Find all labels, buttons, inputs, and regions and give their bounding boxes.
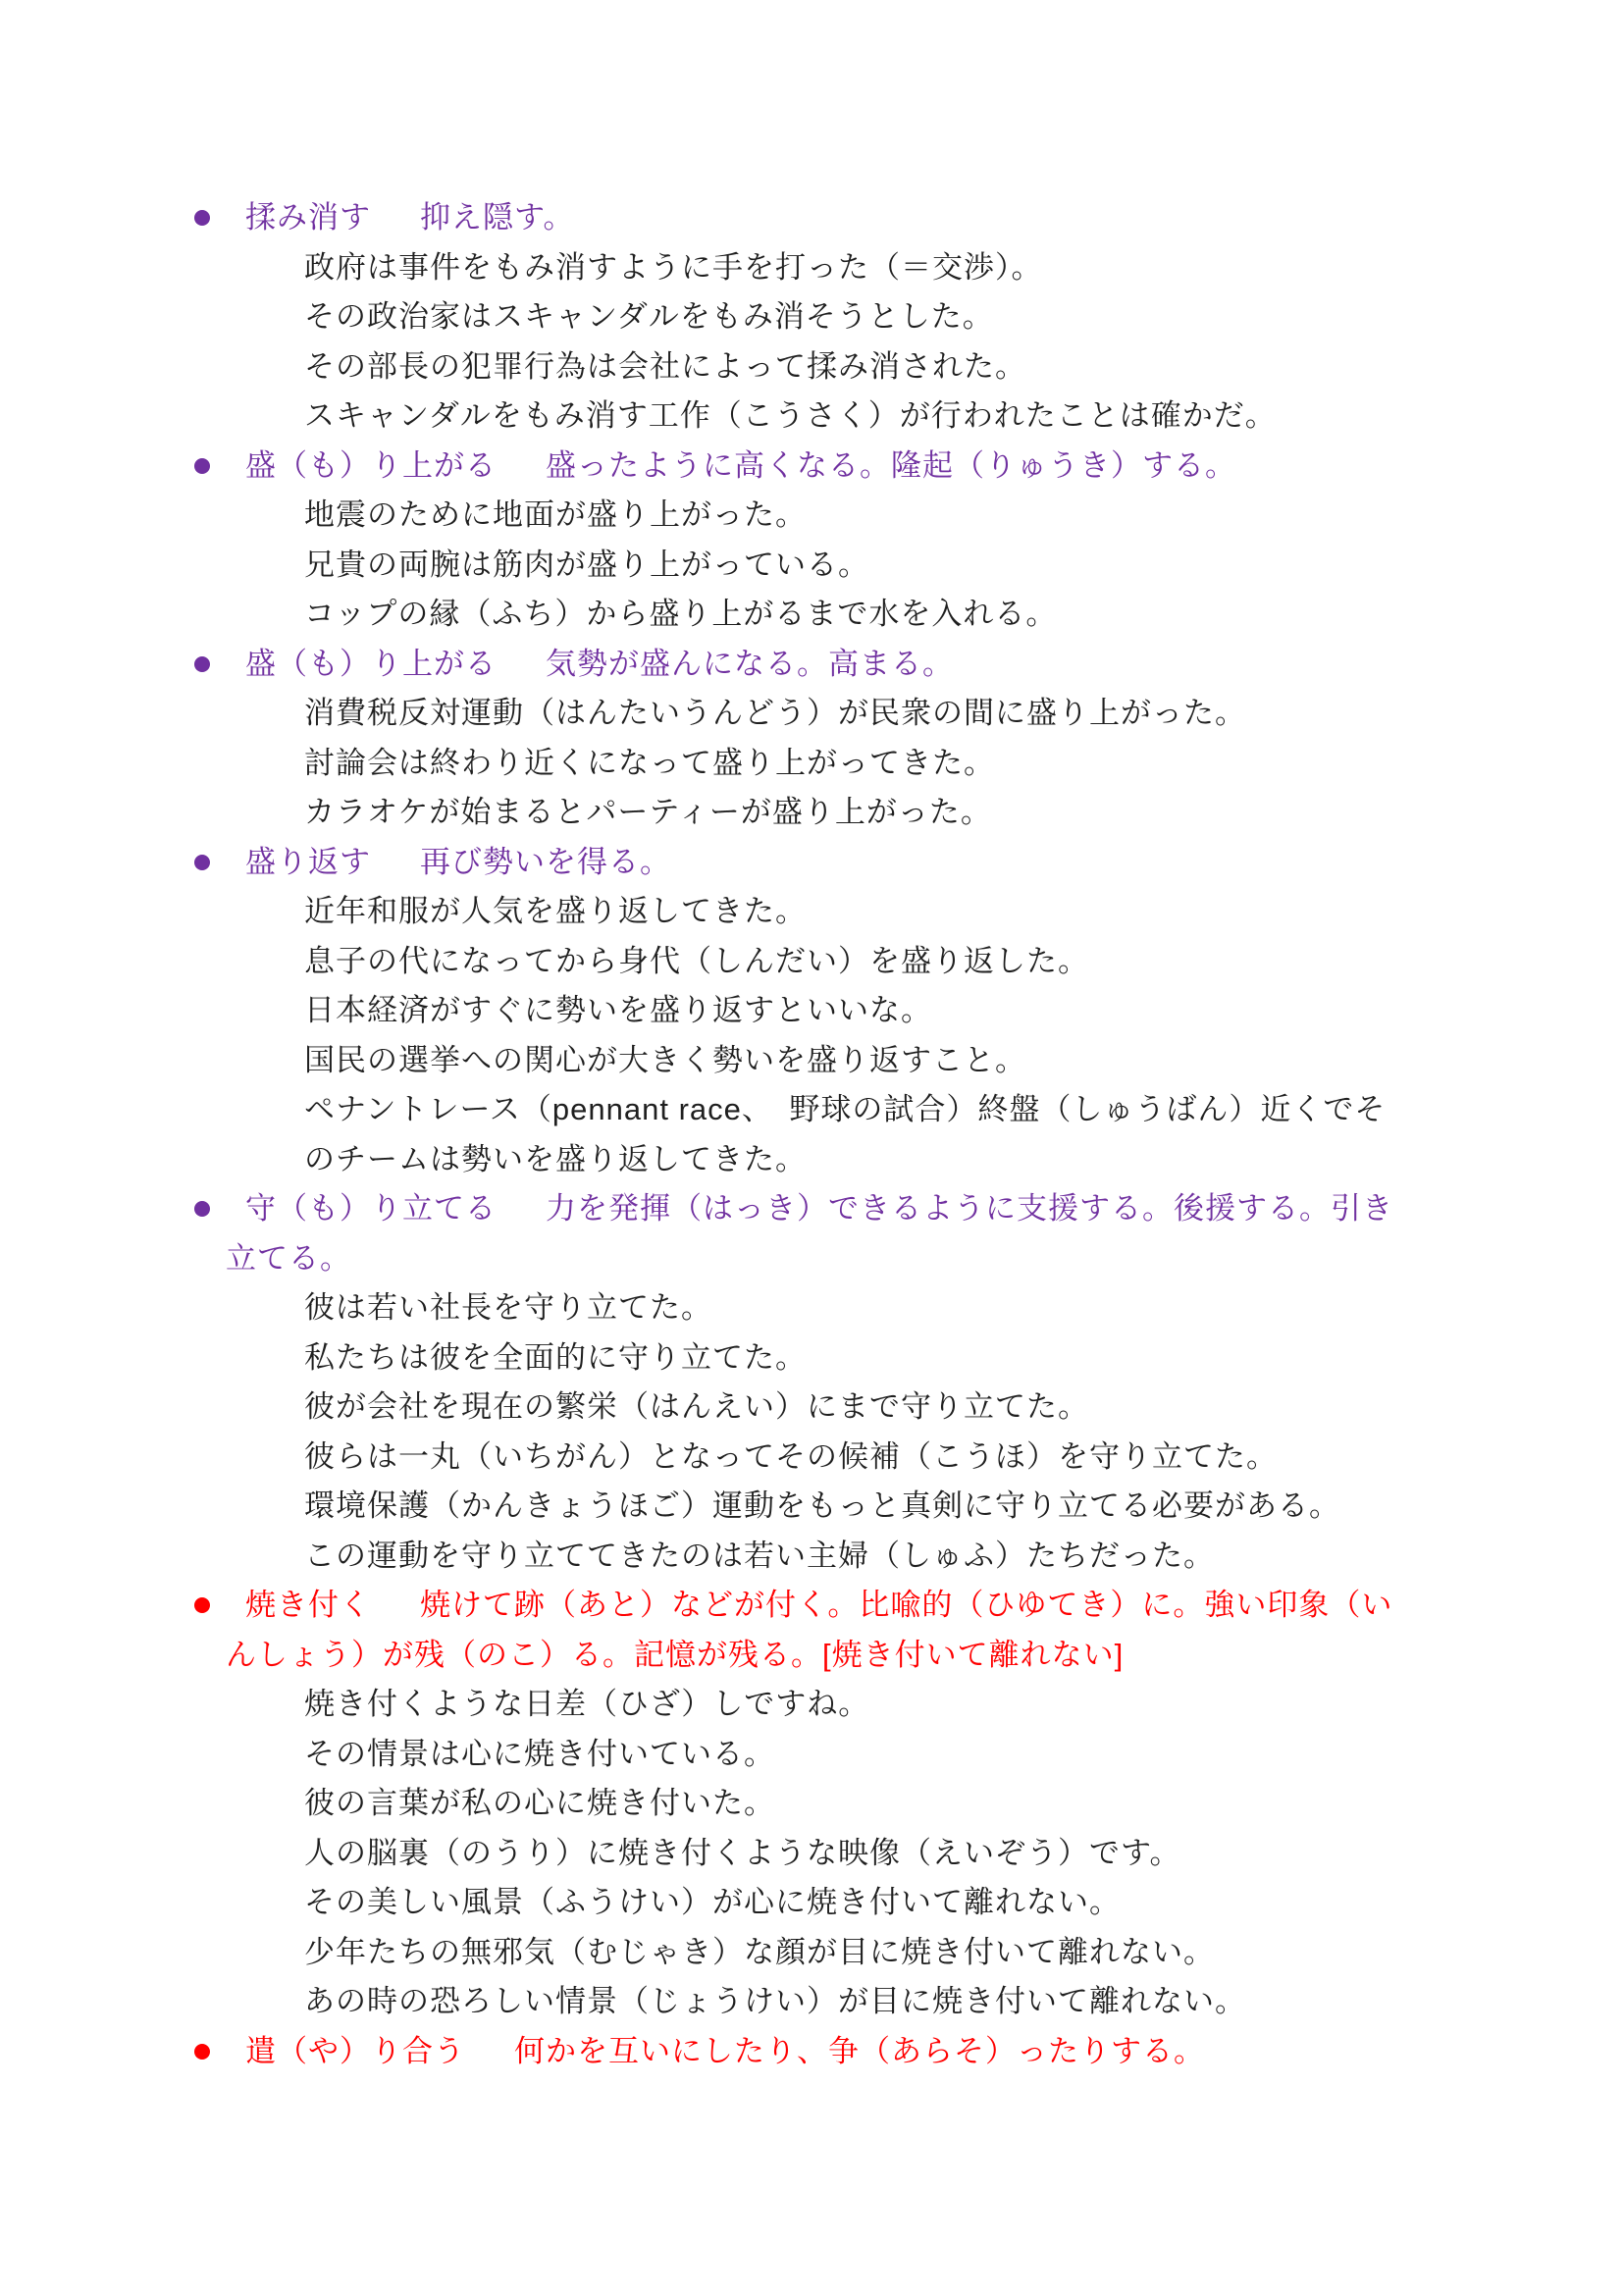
example-sentence: その情景は心に焼き付いている。 <box>0 1730 1624 1780</box>
example-sentence: 環境保護（かんきょうほご）運動をもっと真剣に守り立てる必要がある。 <box>0 1482 1624 1532</box>
bullet-icon <box>194 2044 210 2060</box>
example-sentence: 討論会は終わり近くになって盛り上がってきた。 <box>0 739 1624 789</box>
example-sentence: 少年たちの無邪気（むじゃき）な顔が目に焼き付いて離れない。 <box>0 1928 1624 1978</box>
vocab-entry: 揉み消す抑え隠す。政府は事件をもみ消すように手を打った（＝交渉）。その政治家はス… <box>0 193 1624 442</box>
example-sentence: 息子の代になってから身代（しんだい）を盛り返した。 <box>0 937 1624 987</box>
entry-headword: 揉み消す <box>245 200 371 235</box>
example-sentence: あの時の恐ろしい情景（じょうけい）が目に焼き付いて離れない。 <box>0 1977 1624 2027</box>
example-sentence: コップの縁（ふち）から盛り上がるまで水を入れる。 <box>0 590 1624 640</box>
example-sentence: その美しい風景（ふうけい）が心に焼き付いて離れない。 <box>0 1878 1624 1928</box>
entry-headword: 遣（や）り合う <box>245 2034 465 2068</box>
bullet-icon <box>194 656 210 672</box>
entry-headword: 盛（も）り上がる <box>245 448 497 483</box>
entry-headword: 焼き付く <box>245 1588 371 1622</box>
bullet-icon <box>194 1597 210 1613</box>
example-sentence: 彼の言葉が私の心に焼き付いた。 <box>0 1779 1624 1829</box>
example-sentence: 焼き付くような日差（ひざ）しですね。 <box>0 1680 1624 1730</box>
definition-wrap-line: んしょう）が残（のこ）る。記憶が残る。[焼き付いて離れない] <box>0 1631 1624 1681</box>
example-sentence: 兄貴の両腕は筋肉が盛り上がっている。 <box>0 541 1624 591</box>
bullet-icon <box>194 458 210 474</box>
entry-headword: 守（も）り立てる <box>245 1191 497 1226</box>
vocab-entry: 盛（も）り上がる盛ったように高くなる。隆起（りゅうき）する。地震のために地面が盛… <box>0 442 1624 640</box>
example-sentence: 彼らは一丸（いちがん）となってその候補（こうほ）を守り立てた。 <box>0 1433 1624 1483</box>
example-sentence: 彼が会社を現在の繁栄（はんえい）にまで守り立てた。 <box>0 1383 1624 1433</box>
entry-headword: 盛（も）り上がる <box>245 647 497 681</box>
entry-heading: 盛（も）り上がる気勢が盛んになる。高まる。 <box>0 640 1624 690</box>
entry-definition: 何かを互いにしたり、争（あらそ）ったりする。 <box>514 2034 1205 2068</box>
example-sentence: 地震のために地面が盛り上がった。 <box>0 491 1624 541</box>
example-sentence: 彼は若い社長を守り立てた。 <box>0 1283 1624 1333</box>
example-sentence: この運動を守り立ててきたのは若い主婦（しゅふ）たちだった。 <box>0 1532 1624 1582</box>
bullet-icon <box>194 855 210 870</box>
bullet-icon <box>194 1201 210 1217</box>
entry-definition: 再び勢いを得る。 <box>420 845 671 879</box>
example-sentence: その政治家はスキャンダルをもみ消そうとした。 <box>0 292 1624 342</box>
definition-wrap-line: 立てる。 <box>0 1234 1624 1284</box>
entry-definition: 気勢が盛んになる。高まる。 <box>546 647 954 681</box>
entry-definition: 抑え隠す。 <box>420 200 575 235</box>
example-sentence: 政府は事件をもみ消すように手を打った（＝交渉）。 <box>0 243 1624 293</box>
example-sentence: その部長の犯罪行為は会社によって揉み消された。 <box>0 342 1624 392</box>
entry-heading: 盛り返す再び勢いを得る。 <box>0 838 1624 888</box>
vocab-entry: 盛り返す再び勢いを得る。近年和服が人気を盛り返してきた。息子の代になってから身代… <box>0 838 1624 1185</box>
example-sentence: 人の脳裏（のうり）に焼き付くような映像（えいぞう）です。 <box>0 1829 1624 1879</box>
example-sentence: 近年和服が人気を盛り返してきた。 <box>0 887 1624 937</box>
entry-definition: 盛ったように高くなる。隆起（りゅうき）する。 <box>546 448 1236 483</box>
entry-definition: 焼けて跡（あと）などが付く。比喩的（ひゆてき）に。強い印象（い <box>420 1588 1392 1622</box>
example-sentence: ペナントレース（pennant race、 野球の試合）終盤（しゅうばん）近くで… <box>0 1085 1624 1135</box>
entry-heading: 揉み消す抑え隠す。 <box>0 193 1624 243</box>
entry-definition: 力を発揮（はっき）できるように支援する。後援する。引き <box>546 1191 1393 1226</box>
vocab-entry: 盛（も）り上がる気勢が盛んになる。高まる。消費税反対運動（はんたいうんどう）が民… <box>0 640 1624 838</box>
vocab-entry: 守（も）り立てる力を発揮（はっき）できるように支援する。後援する。引き立てる。彼… <box>0 1184 1624 1581</box>
entry-heading: 焼き付く焼けて跡（あと）などが付く。比喩的（ひゆてき）に。強い印象（い <box>0 1581 1624 1631</box>
entry-headword: 盛り返す <box>245 845 371 879</box>
vocab-entry: 遣（や）り合う何かを互いにしたり、争（あらそ）ったりする。 <box>0 2027 1624 2077</box>
example-sentence: カラオケが始まるとパーティーが盛り上がった。 <box>0 788 1624 838</box>
bullet-icon <box>194 210 210 226</box>
example-sentence: 消費税反対運動（はんたいうんどう）が民衆の間に盛り上がった。 <box>0 689 1624 739</box>
example-wrap-line: のチームは勢いを盛り返してきた。 <box>0 1135 1624 1185</box>
example-sentence: 国民の選挙への関心が大きく勢いを盛り返すこと。 <box>0 1036 1624 1086</box>
entry-heading: 守（も）り立てる力を発揮（はっき）できるように支援する。後援する。引き <box>0 1184 1624 1234</box>
example-sentence: スキャンダルをもみ消す工作（こうさく）が行われたことは確かだ。 <box>0 391 1624 442</box>
entry-heading: 遣（や）り合う何かを互いにしたり、争（あらそ）ったりする。 <box>0 2027 1624 2077</box>
example-sentence: 日本経済がすぐに勢いを盛り返すといいな。 <box>0 986 1624 1036</box>
vocab-entry: 焼き付く焼けて跡（あと）などが付く。比喩的（ひゆてき）に。強い印象（いんしょう）… <box>0 1581 1624 2027</box>
entry-heading: 盛（も）り上がる盛ったように高くなる。隆起（りゅうき）する。 <box>0 442 1624 492</box>
document-page: 揉み消す抑え隠す。政府は事件をもみ消すように手を打った（＝交渉）。その政治家はス… <box>0 0 1624 2296</box>
document-content: 揉み消す抑え隠す。政府は事件をもみ消すように手を打った（＝交渉）。その政治家はス… <box>0 193 1624 2076</box>
example-sentence: 私たちは彼を全面的に守り立てた。 <box>0 1333 1624 1383</box>
